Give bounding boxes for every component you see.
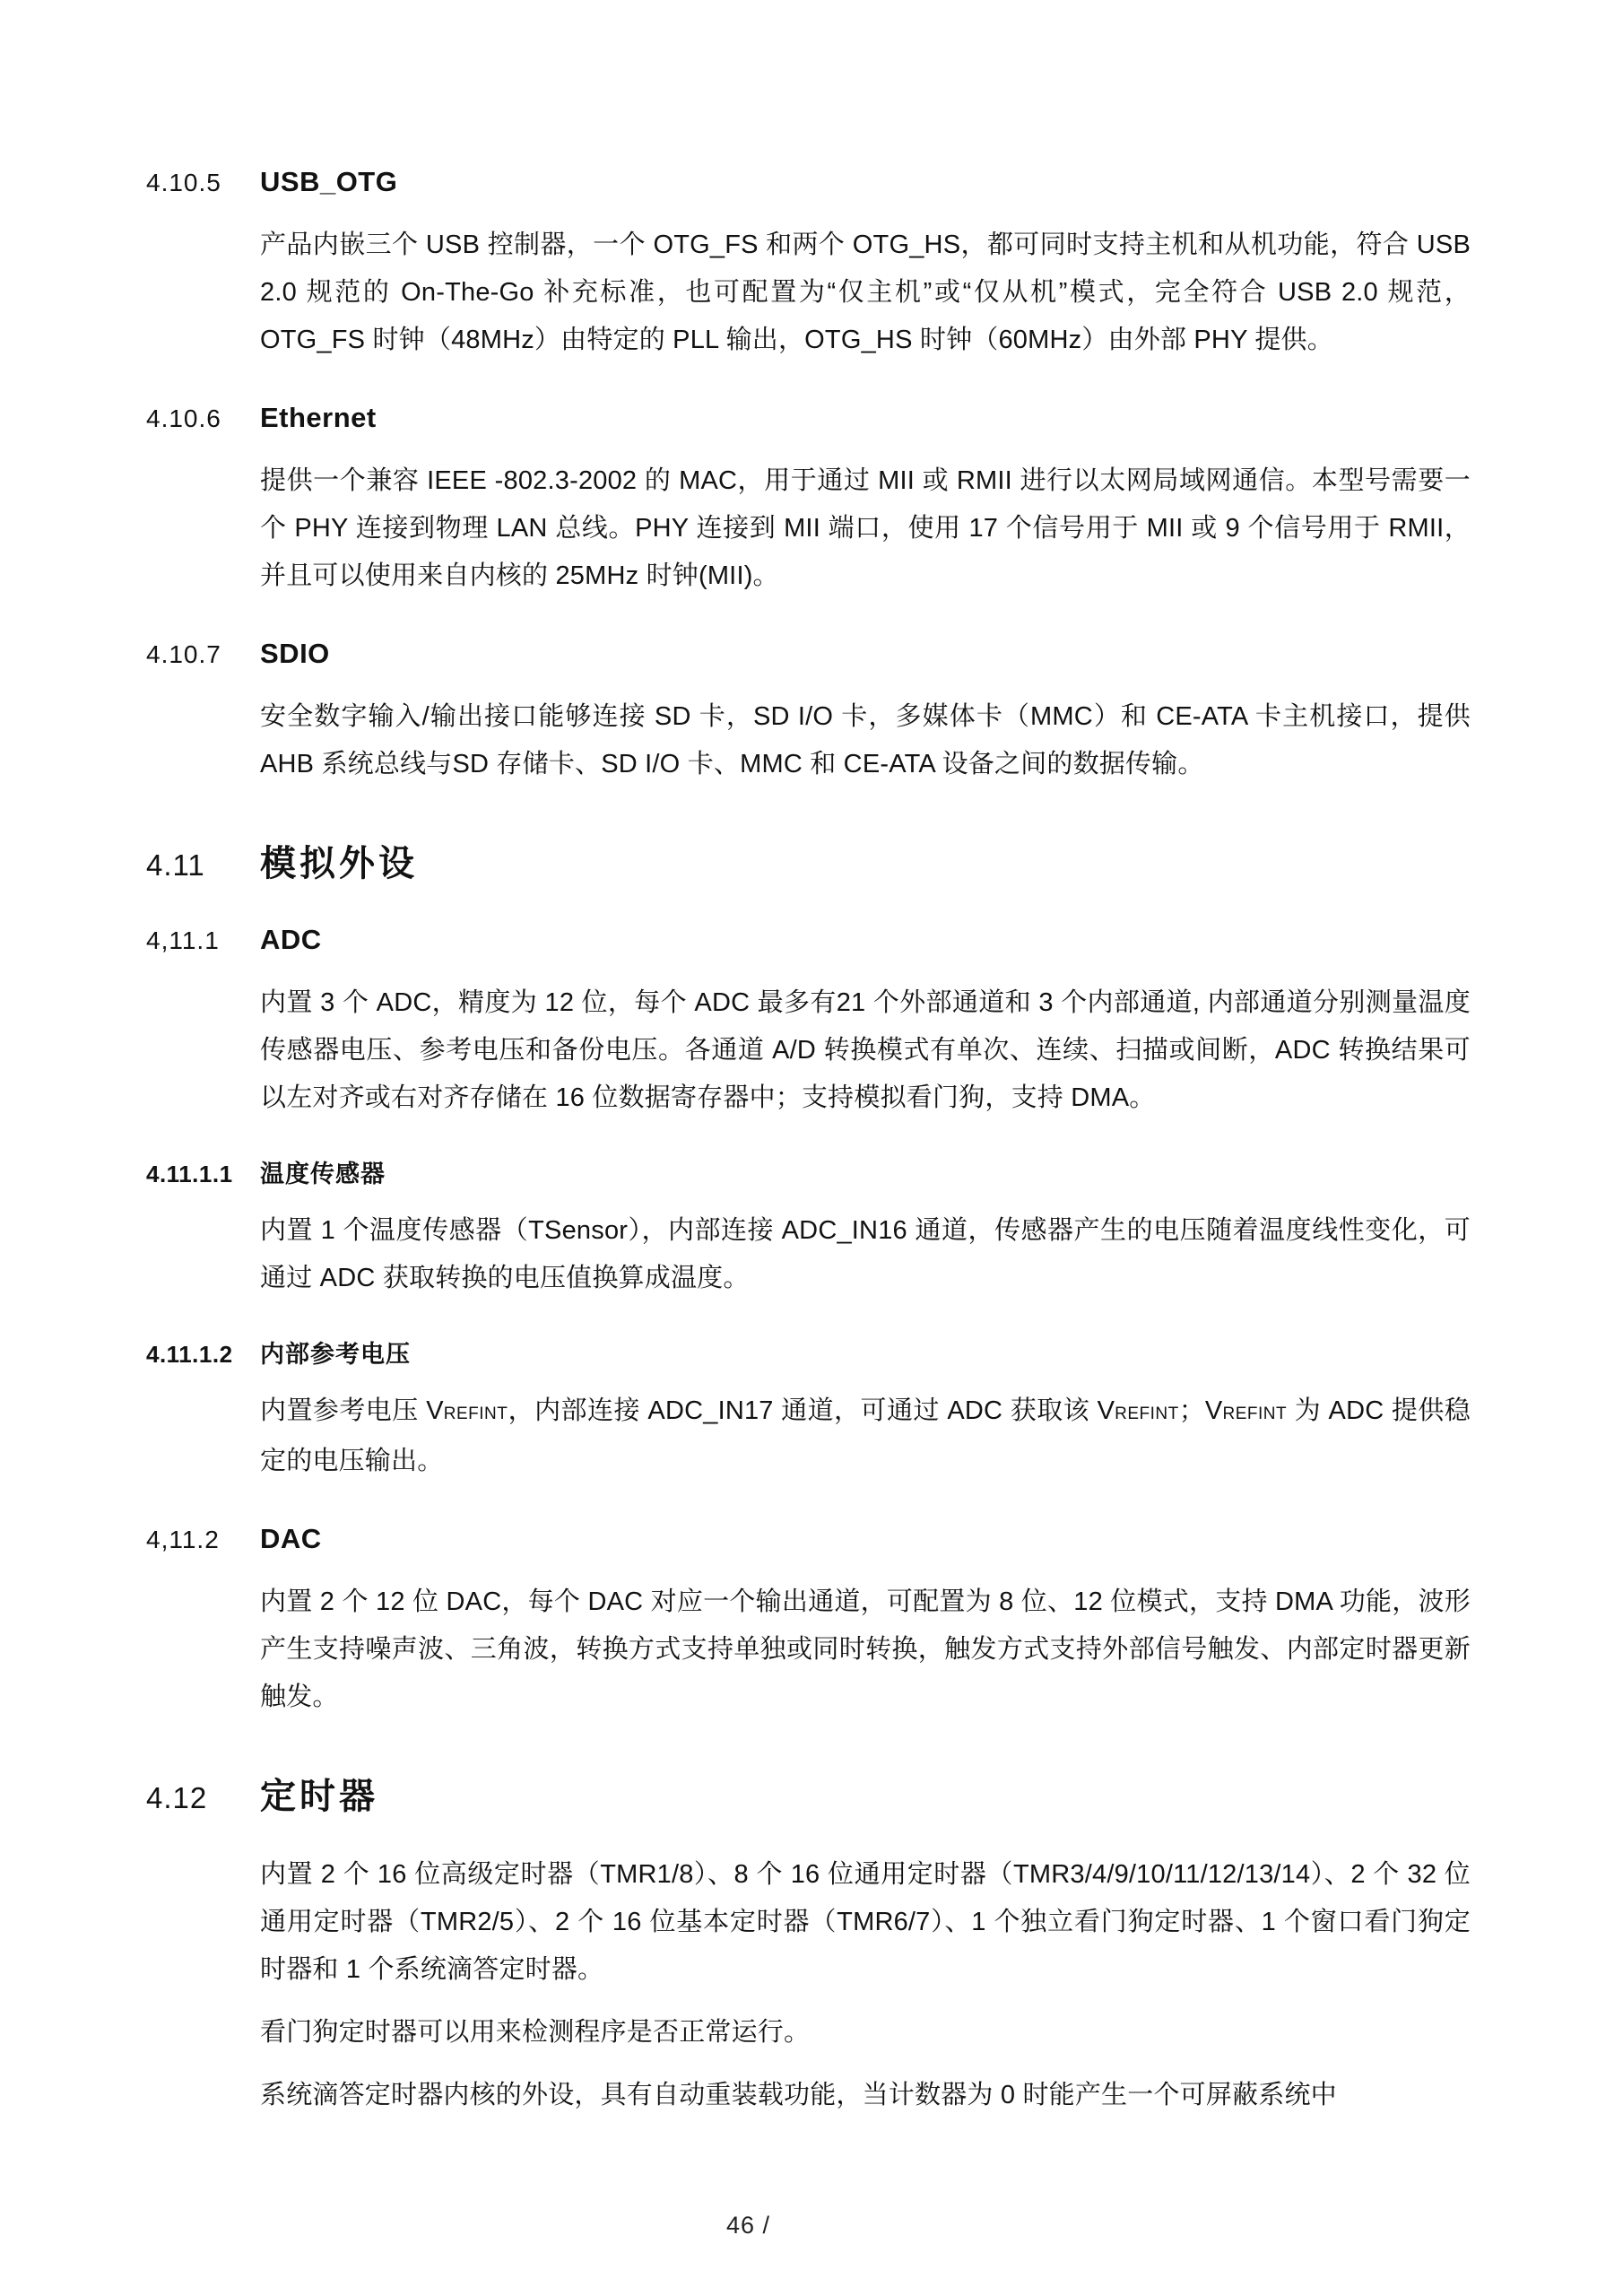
paragraph-timers-overview: 内置 2 个 16 位高级定时器（TMR1/8）、8 个 16 位通用定时器（T… bbox=[260, 1851, 1471, 1994]
heading-timers: 4.12 定时器 bbox=[146, 1768, 1471, 1819]
heading-analog-peripherals: 4.11 模拟外设 bbox=[146, 835, 1471, 886]
vrefint-subscript: REFINT bbox=[1115, 1405, 1179, 1423]
heading-usb-otg: 4.10.5 USB_OTG bbox=[146, 166, 1471, 198]
text-run: ；V bbox=[1179, 1396, 1223, 1425]
vrefint-subscript: REFINT bbox=[444, 1405, 508, 1423]
section-temperature-sensor: 4.11.1.1 温度传感器 内置 1 个温度传感器（TSensor），内部连接… bbox=[146, 1154, 1471, 1302]
heading-title: ADC bbox=[260, 924, 322, 956]
paragraph-systick: 系统滴答定时器内核的外设，具有自动重装载功能，当计数器为 0 时能产生一个可屏蔽… bbox=[260, 2072, 1471, 2119]
heading-internal-vref: 4.11.1.2 内部参考电压 bbox=[146, 1335, 1471, 1370]
text-run: 内置参考电压 V bbox=[260, 1396, 444, 1425]
heading-number: 4.10.6 bbox=[146, 404, 260, 433]
paragraph-temperature-sensor: 内置 1 个温度传感器（TSensor），内部连接 ADC_IN16 通道，传感… bbox=[260, 1207, 1471, 1302]
page-number: 46 / bbox=[726, 2212, 770, 2239]
heading-adc: 4,11.1 ADC bbox=[146, 924, 1471, 956]
heading-number: 4.11.1.1 bbox=[146, 1161, 260, 1188]
paragraph-internal-vref: 内置参考电压 VREFINT，内部连接 ADC_IN17 通道，可通过 ADC … bbox=[260, 1387, 1471, 1485]
heading-number: 4,11.2 bbox=[146, 1526, 260, 1554]
section-ethernet: 4.10.6 Ethernet 提供一个兼容 IEEE -802.3-2002 … bbox=[146, 402, 1471, 600]
heading-temperature-sensor: 4.11.1.1 温度传感器 bbox=[146, 1154, 1471, 1189]
heading-title: 定时器 bbox=[260, 1768, 378, 1819]
heading-title: 温度传感器 bbox=[260, 1154, 386, 1189]
heading-title: 模拟外设 bbox=[260, 835, 418, 886]
heading-title: SDIO bbox=[260, 638, 330, 670]
paragraph-adc: 内置 3 个 ADC，精度为 12 位，每个 ADC 最多有21 个外部通道和 … bbox=[260, 979, 1471, 1122]
paragraph-watchdog: 看门狗定时器可以用来检测程序是否正常运行。 bbox=[260, 2009, 1471, 2057]
paragraph-ethernet: 提供一个兼容 IEEE -802.3-2002 的 MAC，用于通过 MII 或… bbox=[260, 457, 1471, 600]
text-run: ，内部连接 ADC_IN17 通道，可通过 ADC 获取该 V bbox=[508, 1396, 1115, 1425]
section-dac: 4,11.2 DAC 内置 2 个 12 位 DAC，每个 DAC 对应一个输出… bbox=[146, 1523, 1471, 1721]
heading-number: 4.12 bbox=[146, 1781, 260, 1815]
document-page: 4.10.5 USB_OTG 产品内嵌三个 USB 控制器，一个 OTG_FS … bbox=[0, 0, 1623, 2296]
heading-title: USB_OTG bbox=[260, 166, 397, 198]
heading-number: 4.10.7 bbox=[146, 640, 260, 669]
section-timers: 4.12 定时器 内置 2 个 16 位高级定时器（TMR1/8）、8 个 16… bbox=[146, 1768, 1471, 2119]
paragraph-usb-otg: 产品内嵌三个 USB 控制器，一个 OTG_FS 和两个 OTG_HS，都可同时… bbox=[260, 222, 1471, 364]
section-sdio: 4.10.7 SDIO 安全数字输入/输出接口能够连接 SD 卡，SD I/O … bbox=[146, 638, 1471, 788]
paragraph-dac: 内置 2 个 12 位 DAC，每个 DAC 对应一个输出通道，可配置为 8 位… bbox=[260, 1578, 1471, 1721]
heading-title: 内部参考电压 bbox=[260, 1335, 411, 1370]
section-usb-otg: 4.10.5 USB_OTG 产品内嵌三个 USB 控制器，一个 OTG_FS … bbox=[146, 166, 1471, 364]
heading-sdio: 4.10.7 SDIO bbox=[146, 638, 1471, 670]
heading-number: 4.11.1.2 bbox=[146, 1341, 260, 1369]
heading-title: Ethernet bbox=[260, 402, 377, 434]
heading-ethernet: 4.10.6 Ethernet bbox=[146, 402, 1471, 434]
heading-number: 4,11.1 bbox=[146, 926, 260, 955]
heading-title: DAC bbox=[260, 1523, 322, 1555]
paragraph-sdio: 安全数字输入/输出接口能够连接 SD 卡，SD I/O 卡，多媒体卡（MMC）和… bbox=[260, 693, 1471, 788]
section-adc: 4,11.1 ADC 内置 3 个 ADC，精度为 12 位，每个 ADC 最多… bbox=[146, 924, 1471, 1122]
section-internal-vref: 4.11.1.2 内部参考电压 内置参考电压 VREFINT，内部连接 ADC_… bbox=[146, 1335, 1471, 1485]
heading-number: 4.11 bbox=[146, 848, 260, 883]
heading-dac: 4,11.2 DAC bbox=[146, 1523, 1471, 1555]
section-analog-peripherals: 4.11 模拟外设 bbox=[146, 835, 1471, 886]
vrefint-subscript: REFINT bbox=[1222, 1405, 1287, 1423]
heading-number: 4.10.5 bbox=[146, 169, 260, 197]
